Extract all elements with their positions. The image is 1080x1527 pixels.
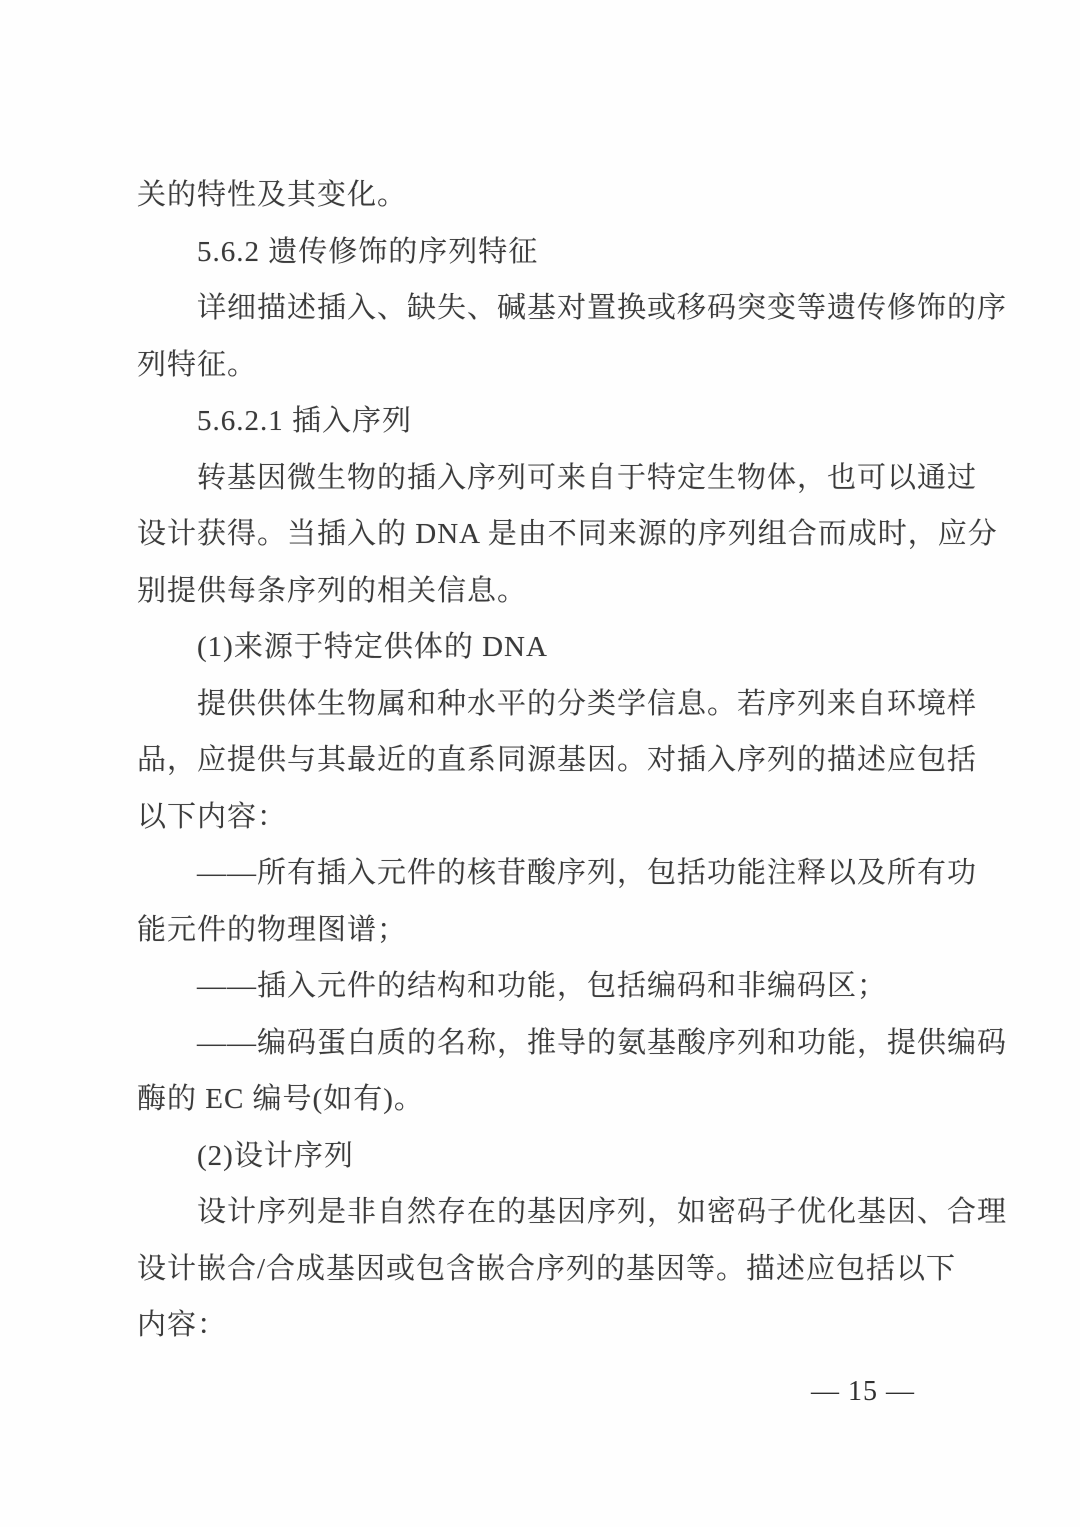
section-heading-5-6-2: 5.6.2 遗传修饰的序列特征	[137, 224, 967, 281]
text-line: 品，应提供与其最近的直系同源基因。对插入序列的描述应包括	[137, 732, 967, 789]
page-number: — 15 —	[763, 1372, 963, 1412]
text-line: 能元件的物理图谱；	[137, 902, 967, 959]
list-item-2-heading: (2)设计序列	[137, 1128, 967, 1185]
text-line: 列特征。	[137, 337, 967, 394]
section-heading-5-6-2-1: 5.6.2.1 插入序列	[137, 393, 967, 450]
document-body-text: 关的特性及其变化。 5.6.2 遗传修饰的序列特征 详细描述插入、缺失、碱基对置…	[137, 167, 967, 1354]
text-line: 设计序列是非自然存在的基因序列，如密码子优化基因、合理	[137, 1184, 967, 1241]
text-line: 提供供体生物属和种水平的分类学信息。若序列来自环境样	[137, 676, 967, 733]
dash-list-item: ——所有插入元件的核苷酸序列，包括功能注释以及所有功	[137, 845, 967, 902]
text-line: 转基因微生物的插入序列可来自于特定生物体，也可以通过	[137, 450, 967, 507]
document-page: 关的特性及其变化。 5.6.2 遗传修饰的序列特征 详细描述插入、缺失、碱基对置…	[0, 0, 1080, 1527]
text-line: 内容：	[137, 1297, 967, 1354]
text-line: 详细描述插入、缺失、碱基对置换或移码突变等遗传修饰的序	[137, 280, 967, 337]
dash-list-item: ——编码蛋白质的名称，推导的氨基酸序列和功能，提供编码	[137, 1015, 967, 1072]
list-item-1-heading: (1)来源于特定供体的 DNA	[137, 619, 967, 676]
dash-list-item: ——插入元件的结构和功能，包括编码和非编码区；	[137, 958, 967, 1015]
text-line: 酶的 EC 编号(如有)。	[137, 1071, 967, 1128]
text-line: 设计获得。当插入的 DNA 是由不同来源的序列组合而成时，应分	[137, 506, 967, 563]
text-line: 关的特性及其变化。	[137, 167, 967, 224]
text-line: 设计嵌合/合成基因或包含嵌合序列的基因等。描述应包括以下	[137, 1241, 967, 1298]
text-line: 别提供每条序列的相关信息。	[137, 563, 967, 620]
text-line: 以下内容：	[137, 789, 967, 846]
